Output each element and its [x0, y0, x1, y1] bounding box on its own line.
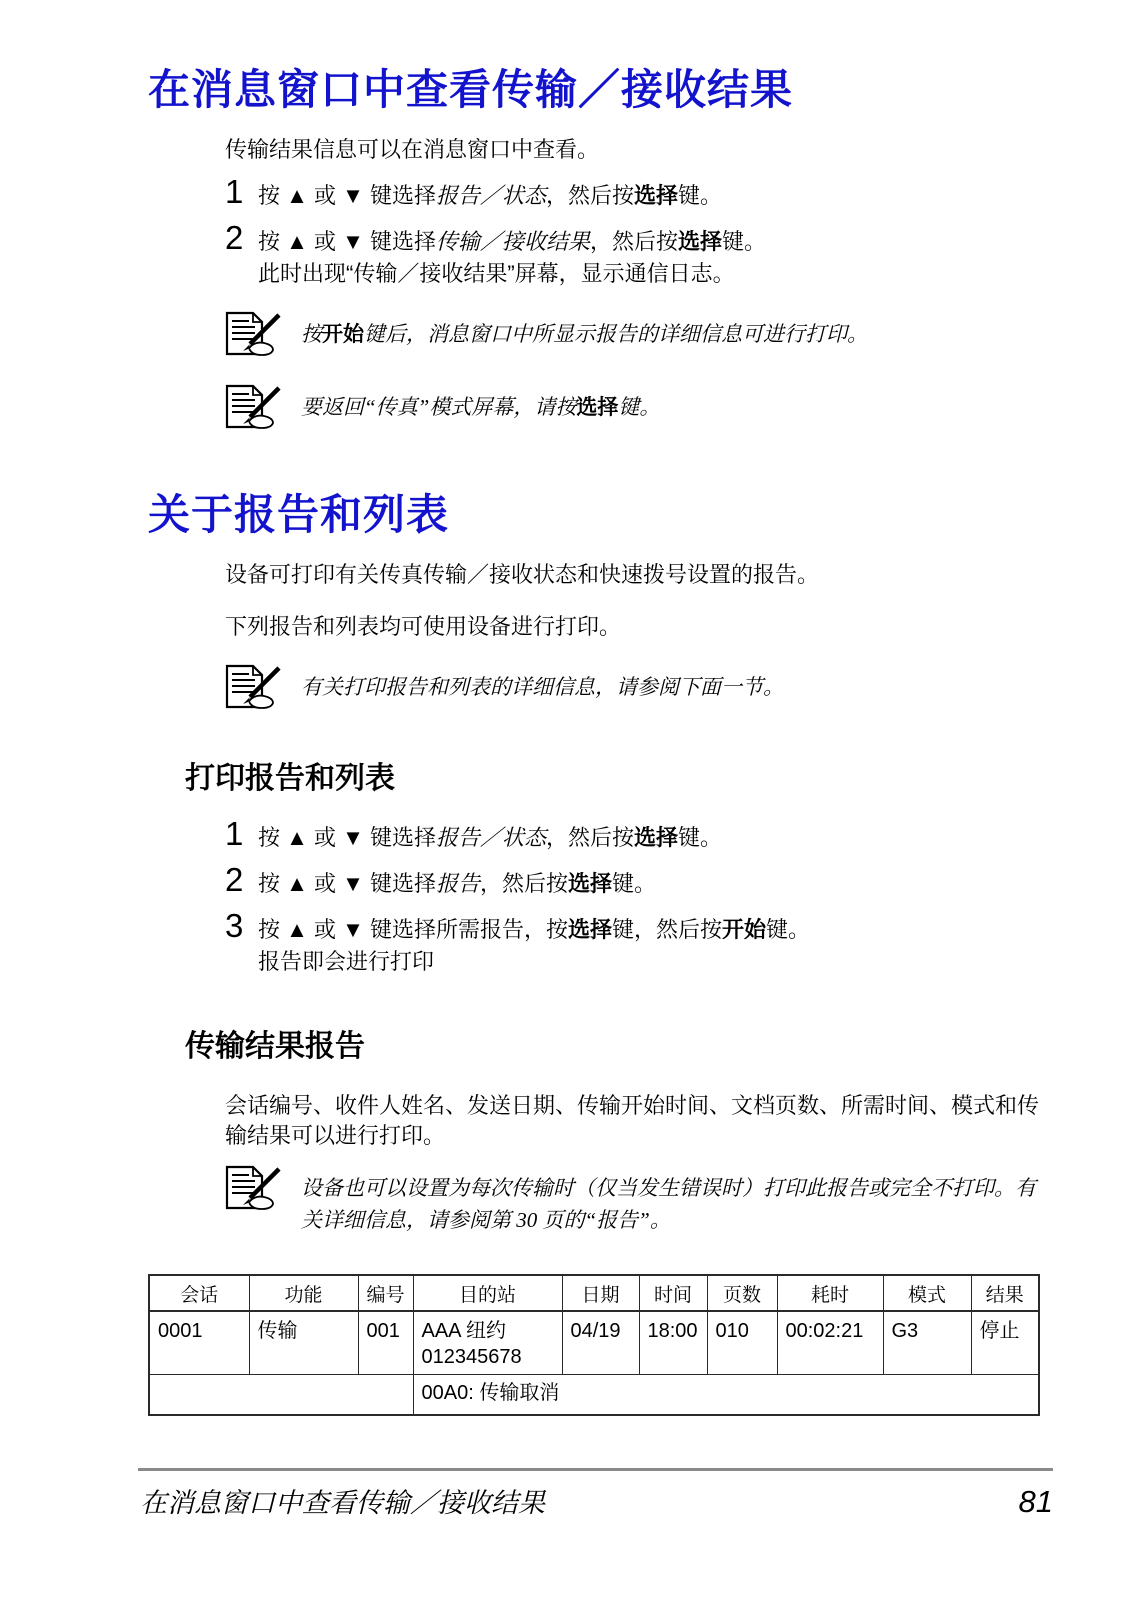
body-paragraph: 设备可打印有关传真传输／接收状态和快速拨号设置的报告。 — [225, 560, 1040, 590]
step-number: 1 — [225, 173, 258, 211]
step-item: 2 按 ▲ 或 ▼ 键选择报告，然后按选择键。 — [225, 861, 1040, 899]
step-text: 按 ▲ 或 ▼ 键选择传输／接收结果，然后按选择键。 — [258, 227, 1038, 257]
cell-pages: 010 — [707, 1311, 777, 1375]
note-block: 按开始键后，消息窗口中所显示报告的详细信息可进行打印。 — [225, 309, 1040, 362]
section-heading-view-results: 在消息窗口中查看传输／接收结果 — [148, 66, 1040, 113]
table-note-row: 00A0: 传输取消 — [149, 1375, 1039, 1416]
cell-result: 停止 — [971, 1311, 1039, 1375]
cell-session: 0001 — [149, 1311, 249, 1375]
col-header-date: 日期 — [562, 1275, 639, 1311]
footer-section-title: 在消息窗口中查看传输／接收结果 — [140, 1481, 545, 1520]
page-content: 在消息窗口中查看传输／接收结果 传输结果信息可以在消息窗口中查看。 1 按 ▲ … — [148, 0, 1040, 1416]
step-number: 1 — [225, 815, 258, 853]
note-text: 有关打印报告和列表的详细信息，请参阅下面一节。 — [301, 662, 1040, 703]
col-header-mode: 模式 — [883, 1275, 971, 1311]
note-icon — [225, 382, 281, 435]
footer-divider — [138, 1468, 1053, 1471]
step-item: 2 按 ▲ 或 ▼ 键选择传输／接收结果，然后按选择键。 — [225, 219, 1040, 257]
col-header-session: 会话 — [149, 1275, 249, 1311]
step-number: 2 — [225, 861, 258, 899]
col-header-duration: 耗时 — [777, 1275, 883, 1311]
note-block: 设备也可以设置为每次传输时（仅当发生错误时）打印此报告或完全不打印。有关详细信息… — [225, 1163, 1040, 1236]
cell-error-note: 00A0: 传输取消 — [413, 1375, 1039, 1416]
step-item: 3 按 ▲ 或 ▼ 键选择所需报告，按选择键，然后按开始键。 — [225, 907, 1040, 945]
note-icon — [225, 662, 281, 715]
intro-paragraph: 传输结果信息可以在消息窗口中查看。 — [225, 135, 1040, 165]
step-number: 3 — [225, 907, 258, 945]
body-paragraph: 下列报告和列表均可使用设备进行打印。 — [225, 612, 1040, 642]
col-header-result: 结果 — [971, 1275, 1039, 1311]
step-text: 按 ▲ 或 ▼ 键选择报告，然后按选择键。 — [258, 869, 1038, 899]
cell-duration: 00:02:21 — [777, 1311, 883, 1375]
cell-function: 传输 — [249, 1311, 358, 1375]
note-block: 有关打印报告和列表的详细信息，请参阅下面一节。 — [225, 662, 1040, 715]
col-header-time: 时间 — [639, 1275, 707, 1311]
step-number: 2 — [225, 219, 258, 257]
note-icon — [225, 309, 281, 362]
destination-number: 012345678 — [422, 1344, 554, 1370]
note-text: 要返回“传真”模式屏幕，请按选择键。 — [301, 382, 1040, 424]
note-icon — [225, 1163, 281, 1216]
step-item: 1 按 ▲ 或 ▼ 键选择报告／状态，然后按选择键。 — [225, 815, 1040, 853]
cell-number: 001 — [358, 1311, 413, 1375]
cell-mode: G3 — [883, 1311, 971, 1375]
note-text: 按开始键后，消息窗口中所显示报告的详细信息可进行打印。 — [301, 309, 1040, 351]
step-text: 按 ▲ 或 ▼ 键选择报告／状态，然后按选择键。 — [258, 823, 1038, 853]
table-header-row: 会话 功能 编号 目的站 日期 时间 页数 耗时 模式 结果 — [149, 1275, 1039, 1311]
cell-date: 04/19 — [562, 1311, 639, 1375]
note-text: 设备也可以设置为每次传输时（仅当发生错误时）打印此报告或完全不打印。有关详细信息… — [301, 1163, 1040, 1236]
subheading-transmission-result-report: 传输结果报告 — [185, 1029, 1040, 1065]
transmission-result-table: 会话 功能 编号 目的站 日期 时间 页数 耗时 模式 结果 0001 传输 0… — [148, 1274, 1040, 1416]
table-row: 0001 传输 001 AAA 纽约 012345678 04/19 18:00… — [149, 1311, 1039, 1375]
cell-empty — [149, 1375, 413, 1416]
footer-row: 在消息窗口中查看传输／接收结果 81 — [140, 1481, 1053, 1520]
section-heading-about-reports: 关于报告和列表 — [148, 491, 1040, 538]
subheading-print-reports: 打印报告和列表 — [185, 761, 1040, 797]
page-number: 81 — [1019, 1484, 1053, 1520]
step-text: 按 ▲ 或 ▼ 键选择报告／状态，然后按选择键。 — [258, 181, 1038, 211]
step-item: 1 按 ▲ 或 ▼ 键选择报告／状态，然后按选择键。 — [225, 173, 1040, 211]
col-header-destination: 目的站 — [413, 1275, 562, 1311]
cell-time: 18:00 — [639, 1311, 707, 1375]
col-header-number: 编号 — [358, 1275, 413, 1311]
step-text: 按 ▲ 或 ▼ 键选择所需报告，按选择键，然后按开始键。 — [258, 915, 1038, 945]
col-header-function: 功能 — [249, 1275, 358, 1311]
note-block: 要返回“传真”模式屏幕，请按选择键。 — [225, 382, 1040, 435]
body-paragraph: 会话编号、收件人姓名、发送日期、传输开始时间、文档页数、所需时间、模式和传输结果… — [225, 1091, 1040, 1151]
manual-page: 在消息窗口中查看传输／接收结果 传输结果信息可以在消息窗口中查看。 1 按 ▲ … — [0, 0, 1130, 1600]
step-result-text: 此时出现“传输／接收结果”屏幕，显示通信日志。 — [258, 259, 1038, 289]
page-footer: 在消息窗口中查看传输／接收结果 81 — [0, 1468, 1130, 1520]
step-result-text: 报告即会进行打印 — [258, 947, 1038, 977]
cell-destination: AAA 纽约 012345678 — [413, 1311, 562, 1375]
col-header-pages: 页数 — [707, 1275, 777, 1311]
destination-name: AAA 纽约 — [422, 1318, 554, 1344]
